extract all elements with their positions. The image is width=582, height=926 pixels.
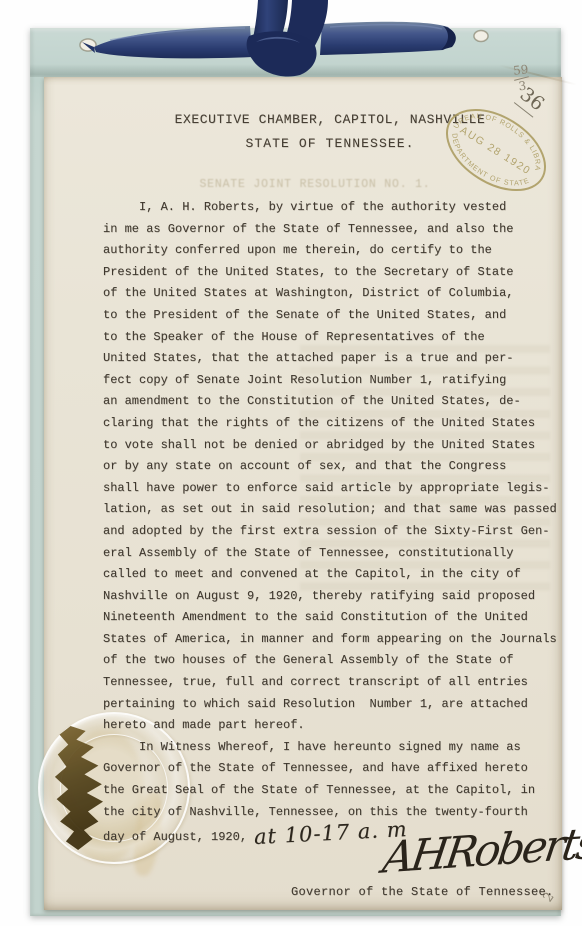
body-text-line: the Great Seal of the State of Tennessee… [103, 780, 565, 802]
body-text-line: Governor of the State of Tennessee, and … [103, 758, 565, 780]
body-text-line: Tennessee, true, full and correct transc… [103, 672, 565, 694]
body-text-line: United States, that the attached paper i… [103, 348, 565, 370]
ghost-bleedthrough-text: SENATE JOINT RESOLUTION NO. 1. [165, 178, 465, 191]
body-text-line: fect copy of Senate Joint Resolution Num… [103, 370, 565, 392]
body-text-line: of the two houses of the General Assembl… [103, 650, 565, 672]
body-text-line: Nineteenth Amendment to the said Constit… [103, 607, 565, 629]
body-text-line: to the Speaker of the House of Represent… [103, 327, 565, 349]
body-text-line: an amendment to the Constitution of the … [103, 391, 565, 413]
body-text-line: pertaining to which said Resolution Numb… [103, 694, 565, 716]
body-text-line: President of the United States, to the S… [103, 262, 565, 284]
body-text-line: lation, as set out in said resolution; a… [103, 499, 565, 521]
body-text-line: called to meet and convened at the Capit… [103, 564, 565, 586]
body-text-line: Nashville on August 9, 1920, thereby rat… [103, 586, 565, 608]
body-lines: I, A. H. Roberts, by virtue of the autho… [103, 197, 565, 823]
body-text-line: in me as Governor of the State of Tennes… [103, 219, 565, 241]
body-text-line: to vote shall not be denied or abridged … [103, 435, 565, 457]
closing-typed-text: day of August, 1920, [103, 827, 247, 849]
body-text-line: I, A. H. Roberts, by virtue of the autho… [103, 197, 565, 219]
body-text-line: and adopted by the first extra session o… [103, 521, 565, 543]
archival-date-stamp: BUREAU OF ROLLS & LIBRARY DEPARTMENT OF … [434, 98, 558, 202]
body-text-line: eral Assembly of the State of Tennessee,… [103, 543, 565, 565]
body-text-line: States of America, in manner and form ap… [103, 629, 565, 651]
body-text-line: or by any state on account of sex, and t… [103, 456, 565, 478]
certification-body: I, A. H. Roberts, by virtue of the autho… [103, 197, 565, 845]
body-text-line: to the President of the Senate of the Un… [103, 305, 565, 327]
grommet-hole-right [474, 31, 488, 42]
body-text-line: of the United States at Washington, Dist… [103, 283, 565, 305]
binding-ribbon [0, 0, 582, 96]
body-text-line: claring that the rights of the citizens … [103, 413, 565, 435]
scanned-document-page: EXECUTIVE CHAMBER, CAPITOL, NASHVILLE ST… [0, 0, 582, 926]
body-text-line: shall have power to enforce said article… [103, 478, 565, 500]
signature-title: Governor of the State of Tennessee. [291, 885, 554, 899]
body-text-line: In Witness Whereof, I have hereunto sign… [103, 737, 565, 759]
body-text-line: hereto and made part hereof. [103, 715, 565, 737]
body-text-line: authority conferred upon me therein, do … [103, 240, 565, 262]
